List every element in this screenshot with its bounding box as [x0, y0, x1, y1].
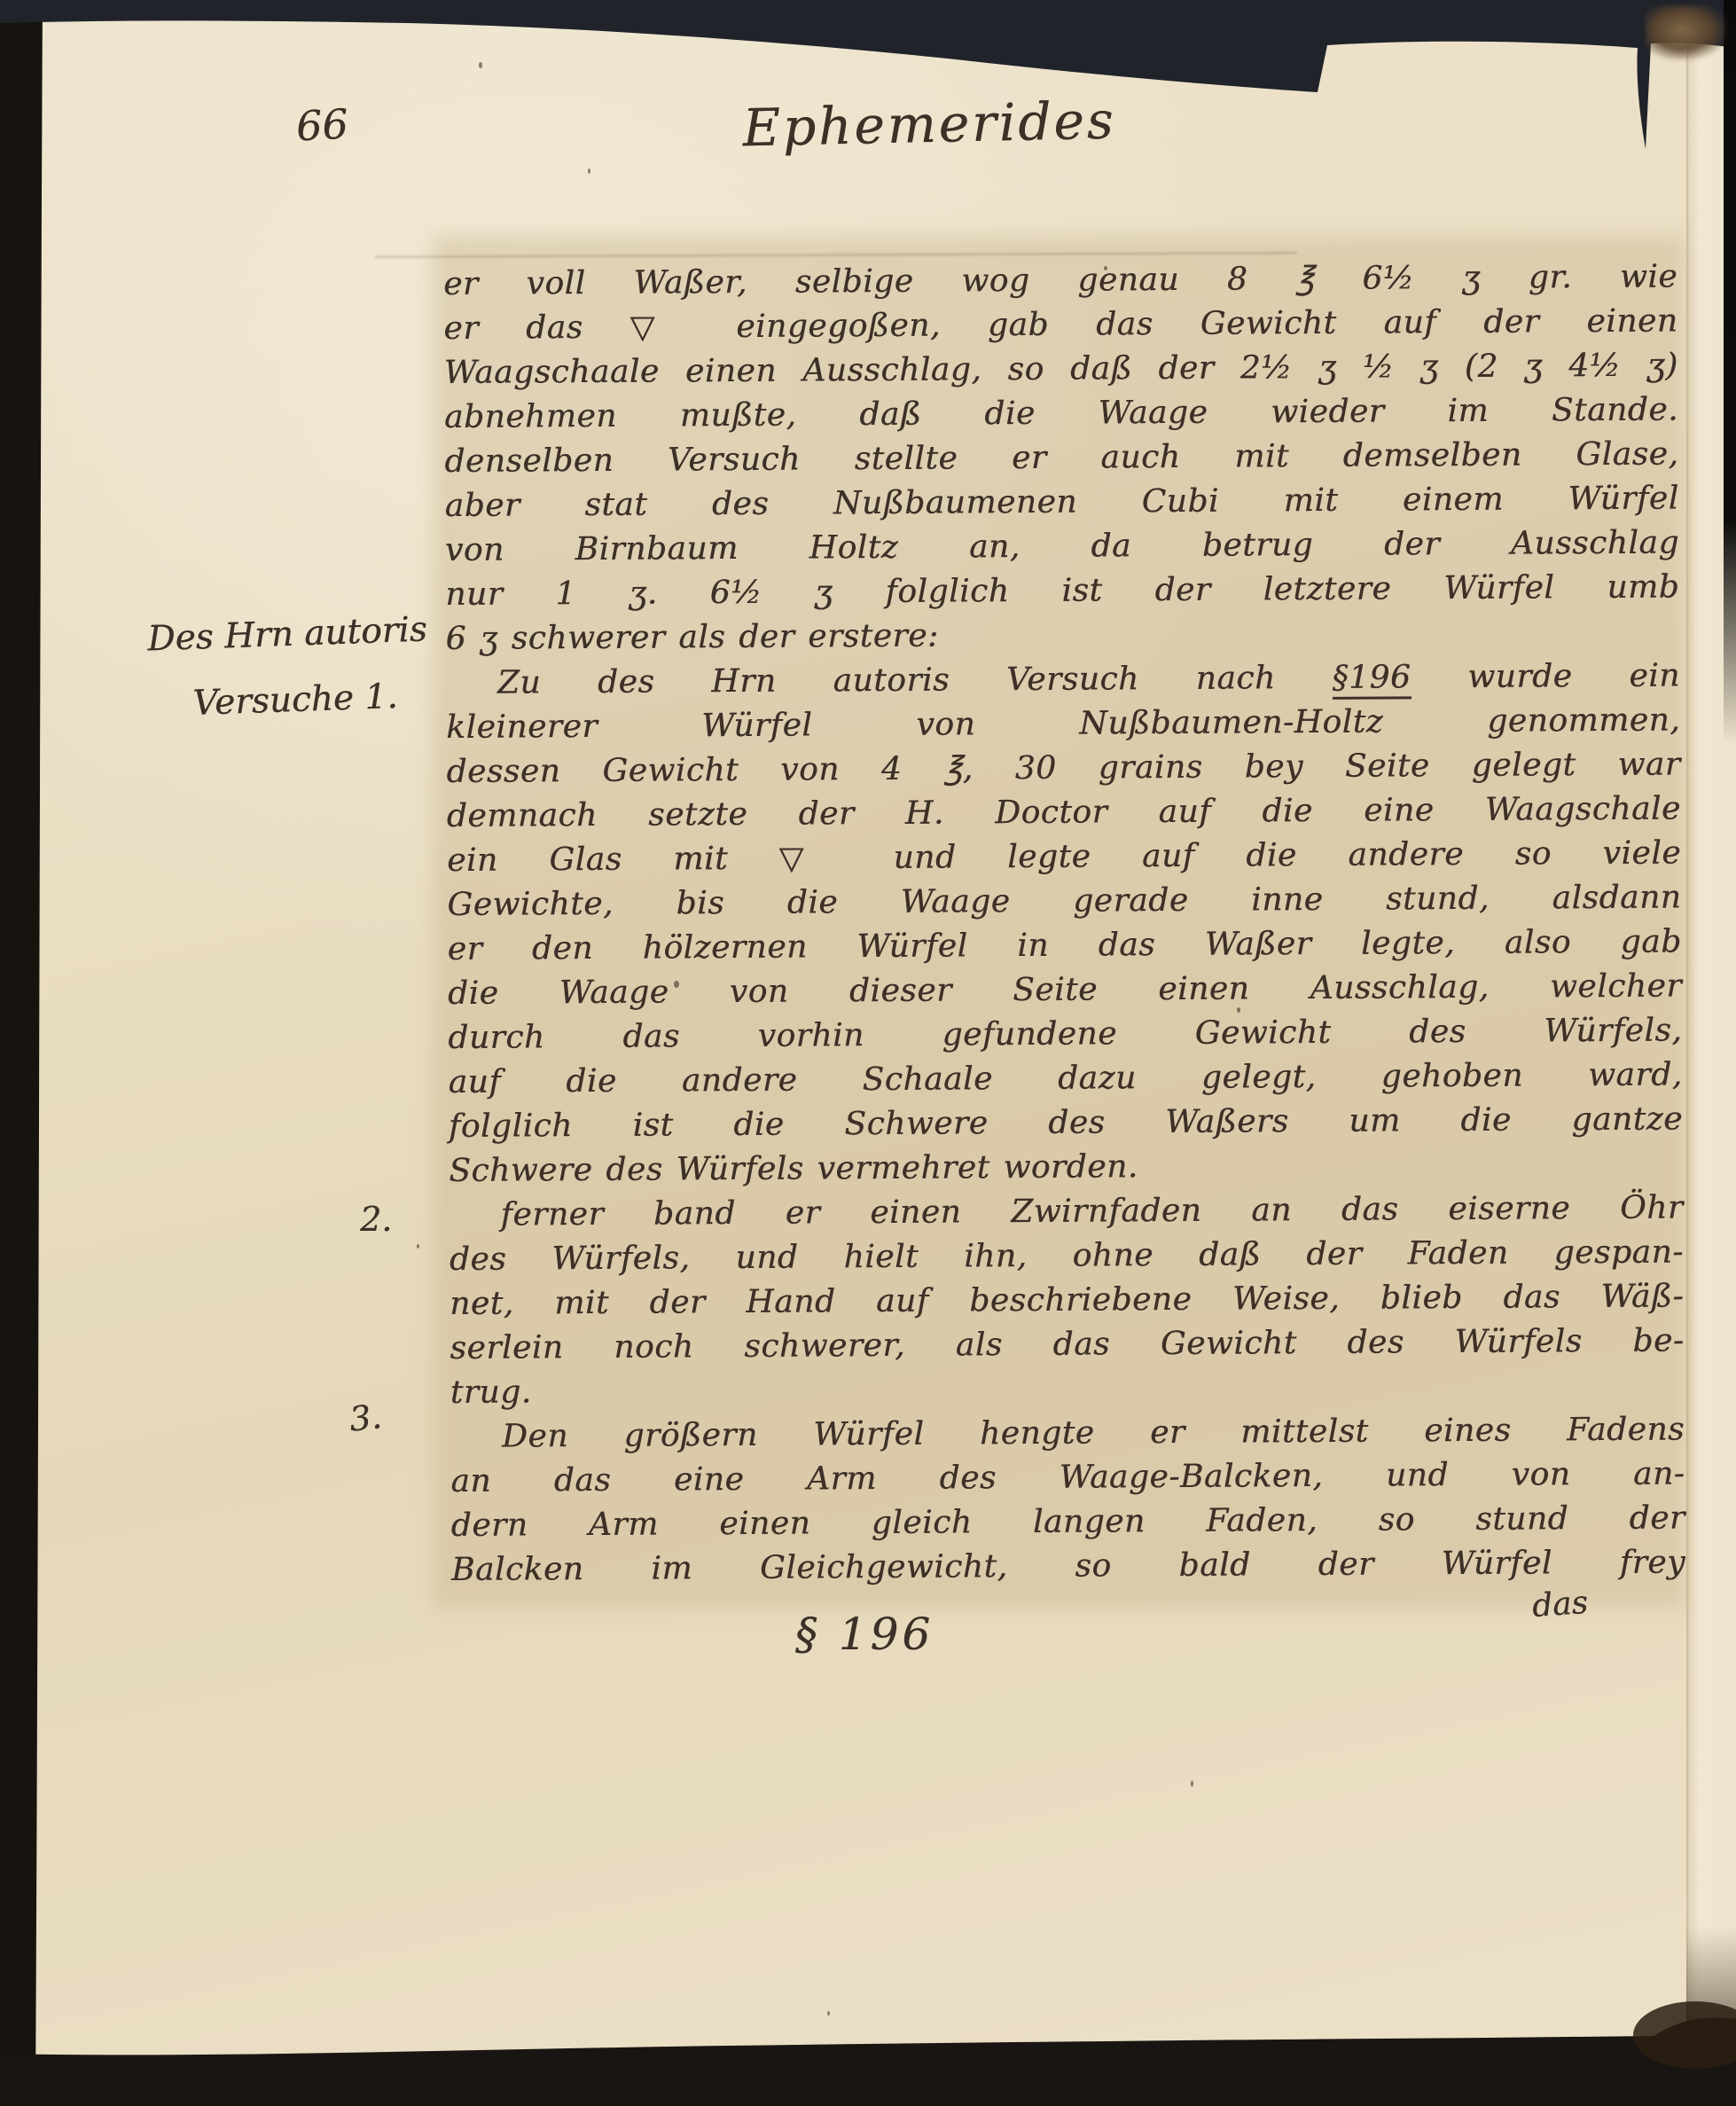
- manuscript-line: von Birnbaum Holtz an, da betrug der Aus…: [445, 521, 1679, 573]
- manuscript-line: trug.: [450, 1363, 1685, 1415]
- right-edge-black-strip: [1724, 0, 1736, 745]
- paper-speck: [827, 2011, 830, 2016]
- manuscript-line: Zu des Hrn autoris Versuch nach §196 wur…: [446, 654, 1680, 706]
- manuscript-line: net, mit der Hand auf beschriebene Weise…: [450, 1274, 1684, 1327]
- top-right-page-edges: [1646, 5, 1727, 60]
- manuscript-line: kleinerer Würfel von Nußbaumen-Holtz gen…: [446, 698, 1680, 750]
- manuscript-line: an das eine Arm des Waage-Balcken, und v…: [450, 1452, 1685, 1504]
- manuscript-page: 66 Ephemerides Des Hrn autoris Versuche …: [34, 16, 1736, 2060]
- manuscript-line: er voll Waßer, selbige wog genau 8 ℥ 6½ …: [443, 254, 1677, 307]
- manuscript-line: 6 ʒ schwerer als der erstere:: [445, 609, 1679, 662]
- manuscript-line: die Waage von dieser Seite einen Ausschl…: [448, 964, 1682, 1016]
- manuscript-line: er den hölzernen Würfel in das Waßer leg…: [448, 920, 1682, 972]
- manuscript-text-block: er voll Waßer, selbige wog genau 8 ℥ 6½ …: [443, 254, 1685, 1592]
- paper-speck: [479, 62, 482, 68]
- manuscript-line: Balcken im Gleichgewicht, so bald der Wü…: [451, 1540, 1685, 1593]
- page-edge-shadow: [1686, 1927, 1736, 2060]
- section-reference: §196: [1333, 659, 1411, 700]
- margin-number-2: 2.: [360, 1202, 392, 1236]
- manuscript-line: serlein noch schwerer, als das Gewicht d…: [450, 1319, 1684, 1371]
- running-title: Ephemerides: [529, 86, 1328, 164]
- margin-note-author: Des Hrn autoris: [132, 612, 442, 657]
- line-segment: Zu des Hrn autoris Versuch nach: [497, 660, 1333, 701]
- manuscript-line: er das ▽ eingegoßen, gab das Gewicht auf…: [443, 299, 1677, 351]
- manuscript-line: des Würfels, und hielt ihn, ohne daß der…: [450, 1230, 1684, 1282]
- manuscript-line: ein Glas mit ▽ und legte auf die andere …: [447, 831, 1681, 883]
- paper-speck: [674, 981, 679, 988]
- margin-note-experiment-1: Versuche 1.: [166, 678, 424, 722]
- margin-number-3: 3.: [348, 1399, 383, 1437]
- manuscript-line: Waagschaale einen Ausschlag, so daß der …: [444, 343, 1678, 395]
- manuscript-line: abnehmen mußte, daß die Waage wieder im …: [444, 388, 1678, 440]
- manuscript-line: demnach setzte der H. Doctor auf die ein…: [447, 787, 1681, 839]
- paper-speck: [1104, 266, 1107, 270]
- paper-speck: [1191, 1781, 1193, 1787]
- manuscript-line: Gewichte, bis die Waage gerade inne stun…: [447, 875, 1681, 928]
- manuscript-line: folglich ist die Schwere des Waßers um d…: [449, 1097, 1683, 1149]
- catchword: das: [1531, 1587, 1589, 1623]
- page-number: 66: [295, 103, 349, 146]
- manuscript-line: nur 1 ʒ. 6½ ʒ folglich ist der letztere …: [445, 565, 1679, 617]
- paper-speck: [417, 1244, 419, 1249]
- paper-speck: [1237, 1007, 1240, 1013]
- manuscript-line: Schwere des Würfels vermehret worden.: [449, 1141, 1683, 1194]
- manuscript-line: auf die andere Schaale dazu gelegt, geho…: [448, 1053, 1682, 1105]
- manuscript-line: dessen Gewicht von 4 ℥, 30 grains bey Se…: [446, 742, 1680, 795]
- section-footer: § 196: [598, 1612, 1130, 1656]
- book-photograph: 66 Ephemerides Des Hrn autoris Versuche …: [0, 0, 1736, 2106]
- line-segment: wurde ein: [1411, 657, 1680, 695]
- manuscript-line: aber stat des Nußbaumenen Cubi mit einem…: [445, 476, 1679, 528]
- paper-speck: [588, 168, 590, 174]
- manuscript-line: denselben Versuch stellte er auch mit de…: [444, 432, 1678, 484]
- manuscript-line: durch das vorhin gefundene Gewicht des W…: [448, 1008, 1682, 1061]
- manuscript-line: Den größern Würfel hengte er mittelst ei…: [450, 1407, 1685, 1460]
- manuscript-line: dern Arm einen gleich langen Faden, so s…: [451, 1496, 1685, 1548]
- manuscript-line: ferner band er einen Zwirnfaden an das e…: [449, 1186, 1683, 1238]
